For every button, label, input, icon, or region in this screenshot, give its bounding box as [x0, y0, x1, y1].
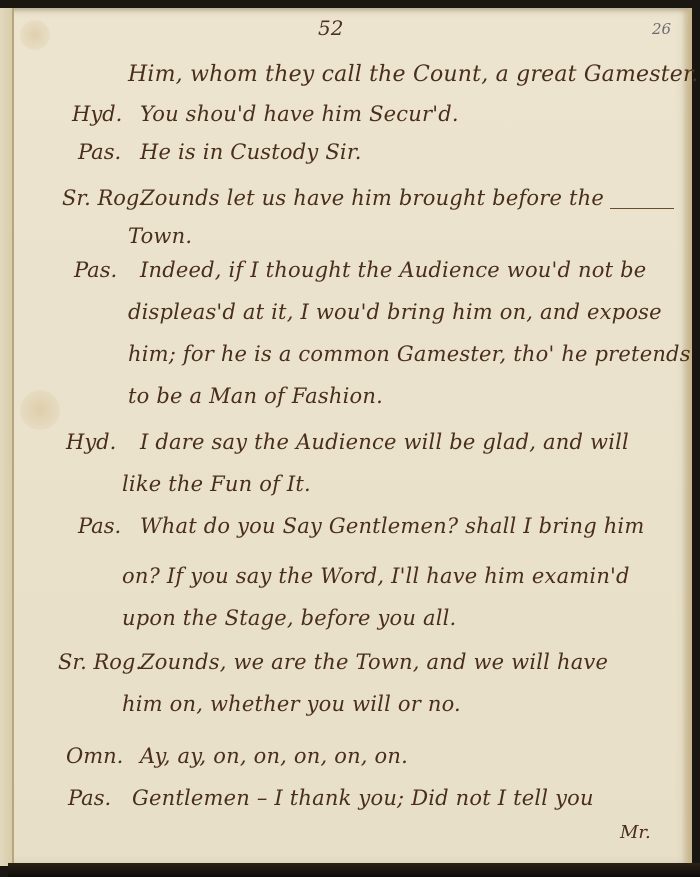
text-line: upon the Stage, before you all.	[122, 606, 456, 630]
text-line: to be a Man of Fashion.	[128, 384, 383, 408]
speaker-label: Sr. Rog.	[62, 186, 146, 210]
page-number: 52	[318, 16, 343, 40]
paper-stain	[20, 20, 50, 50]
speaker-label: Omn.	[66, 744, 123, 768]
text-line: Indeed, if I thought the Audience wou'd …	[140, 258, 646, 282]
folio-number: 26	[652, 20, 671, 38]
text-line: What do you Say Gentlemen? shall I bring…	[140, 514, 644, 538]
text-line: Zounds, we are the Town, and we will hav…	[140, 650, 608, 674]
text-line: like the Fun of It.	[122, 472, 311, 496]
text-line: him on, whether you will or no.	[122, 692, 461, 716]
speaker-label: Hyd.	[66, 430, 116, 454]
text-line: He is in Custody Sir.	[140, 140, 362, 164]
speaker-label: Pas.	[68, 786, 111, 810]
page-edge	[682, 8, 692, 866]
text-line: displeas'd at it, I wou'd bring him on, …	[128, 300, 662, 324]
speaker-label: Pas.	[74, 258, 117, 282]
page-bottom-edge	[8, 863, 700, 877]
speaker-label: Hyd.	[72, 102, 122, 126]
text-line: Gentlemen – I thank you; Did not I tell …	[132, 786, 594, 810]
text-line: Zounds let us have him brought before th…	[140, 186, 604, 210]
speaker-label: Sr. Rog.	[58, 650, 142, 674]
catchword: Mr.	[620, 822, 651, 843]
binding-gutter	[0, 8, 14, 866]
line-flourish	[610, 208, 674, 209]
text-line: him; for he is a common Gamester, tho' h…	[128, 342, 691, 366]
paper-stain	[20, 390, 60, 430]
speaker-label: Pas.	[78, 514, 121, 538]
text-line: You shou'd have him Secur'd.	[140, 102, 459, 126]
text-line: I dare say the Audience will be glad, an…	[140, 430, 629, 454]
text-line: Him, whom they call the Count, a great G…	[128, 62, 698, 87]
text-line: Town.	[128, 224, 192, 248]
text-line: Ay, ay, on, on, on, on, on.	[140, 744, 408, 768]
text-line: on? If you say the Word, I'll have him e…	[122, 564, 630, 588]
speaker-label: Pas.	[78, 140, 121, 164]
